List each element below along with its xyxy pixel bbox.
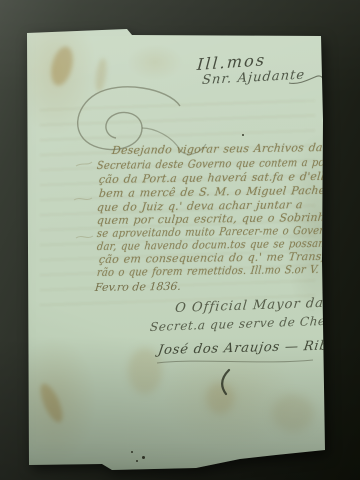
- margin-bleed-marks-icon: [72, 160, 96, 250]
- body-line: Desejando vigorar seus Archivos da: [111, 141, 323, 157]
- letter-paper: Ill.mos Snr. Ajudante Desejando vigorar …: [0, 0, 360, 480]
- paraph-stroke-icon: [217, 368, 233, 396]
- signature: José dos Araujos — Ribeiro: [157, 338, 359, 358]
- closing-line-1: O Official Mayor da: [174, 296, 324, 316]
- paper-shadow: Ill.mos Snr. Ajudante Desejando vigorar …: [0, 0, 360, 480]
- photo-background: Ill.mos Snr. Ajudante Desejando vigorar …: [0, 0, 360, 480]
- closing-line-2: Secret.a que serve de Chefe: [149, 313, 339, 334]
- body-line: rão o que forem remettidos. Ill.mo S.or …: [96, 262, 360, 279]
- date-line: Fev.ro de 1836.: [94, 280, 181, 294]
- handwriting-layer: Ill.mos Snr. Ajudante Desejando vigorar …: [0, 0, 360, 480]
- signature-underline-icon: [155, 356, 315, 366]
